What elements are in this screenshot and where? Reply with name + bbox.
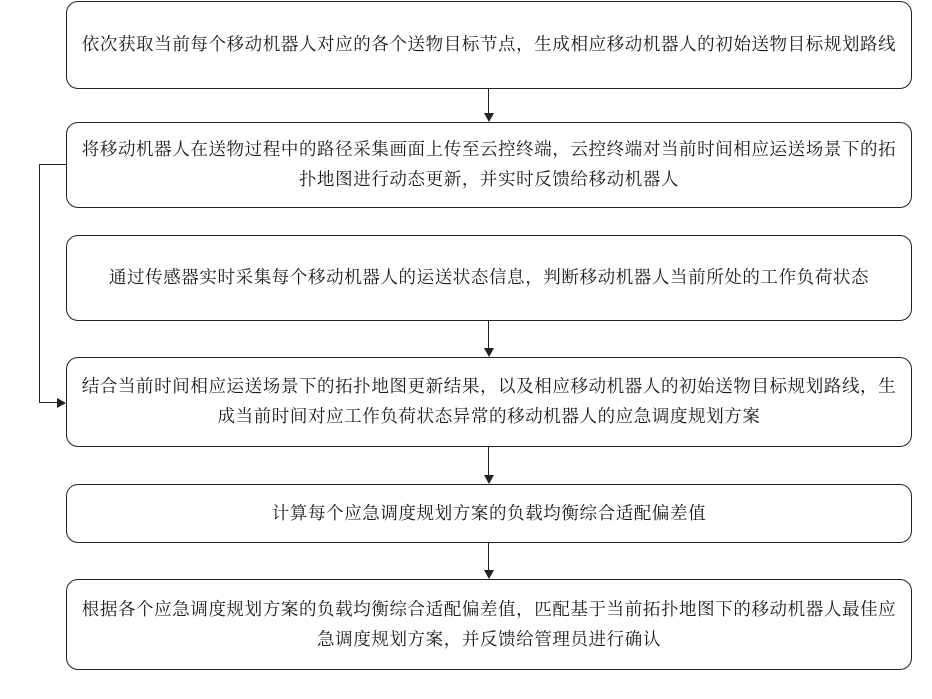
step-text-6: 根据各个应急调度规划方案的负载均衡综合适配偏差值，匹配基于当前拓扑地图下的移动机… <box>77 595 901 655</box>
step-box-1: 依次获取当前每个移动机器人对应的各个送物目标节点，生成相应移动机器人的初始送物目… <box>66 1 912 89</box>
arrow-down-icon <box>484 475 494 484</box>
step-text-3: 通过传感器实时采集每个移动机器人的运送状态信息，判断移动机器人当前所处的工作负荷… <box>109 263 869 293</box>
connector-5-6-line <box>488 543 489 571</box>
step-box-4: 结合当前时间相应运送场景下的拓扑地图更新结果，以及相应移动机器人的初始送物目标规… <box>66 357 912 447</box>
connector-1-2-line <box>488 89 489 114</box>
loop-bottom-line <box>39 402 59 403</box>
step-text-1: 依次获取当前每个移动机器人对应的各个送物目标节点，生成相应移动机器人的初始送物目… <box>82 30 897 60</box>
arrow-down-icon <box>484 570 494 579</box>
step-box-5: 计算每个应急调度规划方案的负载均衡综合适配偏差值 <box>66 484 912 543</box>
loop-top-line <box>39 164 66 165</box>
step-text-5: 计算每个应急调度规划方案的负载均衡综合适配偏差值 <box>272 499 706 529</box>
step-box-6: 根据各个应急调度规划方案的负载均衡综合适配偏差值，匹配基于当前拓扑地图下的移动机… <box>66 579 912 670</box>
step-text-2: 将移动机器人在送物过程中的路径采集画面上传至云控终端，云控终端对当前时间相应运送… <box>77 135 901 195</box>
step-text-4: 结合当前时间相应运送场景下的拓扑地图更新结果，以及相应移动机器人的初始送物目标规… <box>77 372 901 432</box>
connector-3-4-line <box>488 321 489 349</box>
step-box-3: 通过传感器实时采集每个移动机器人的运送状态信息，判断移动机器人当前所处的工作负荷… <box>66 235 912 321</box>
loop-vertical-line <box>39 164 40 402</box>
step-box-2: 将移动机器人在送物过程中的路径采集画面上传至云控终端，云控终端对当前时间相应运送… <box>66 122 912 208</box>
arrow-down-icon <box>484 113 494 122</box>
arrow-down-icon <box>484 348 494 357</box>
arrow-right-icon <box>57 398 66 408</box>
connector-4-5-line <box>488 447 489 476</box>
